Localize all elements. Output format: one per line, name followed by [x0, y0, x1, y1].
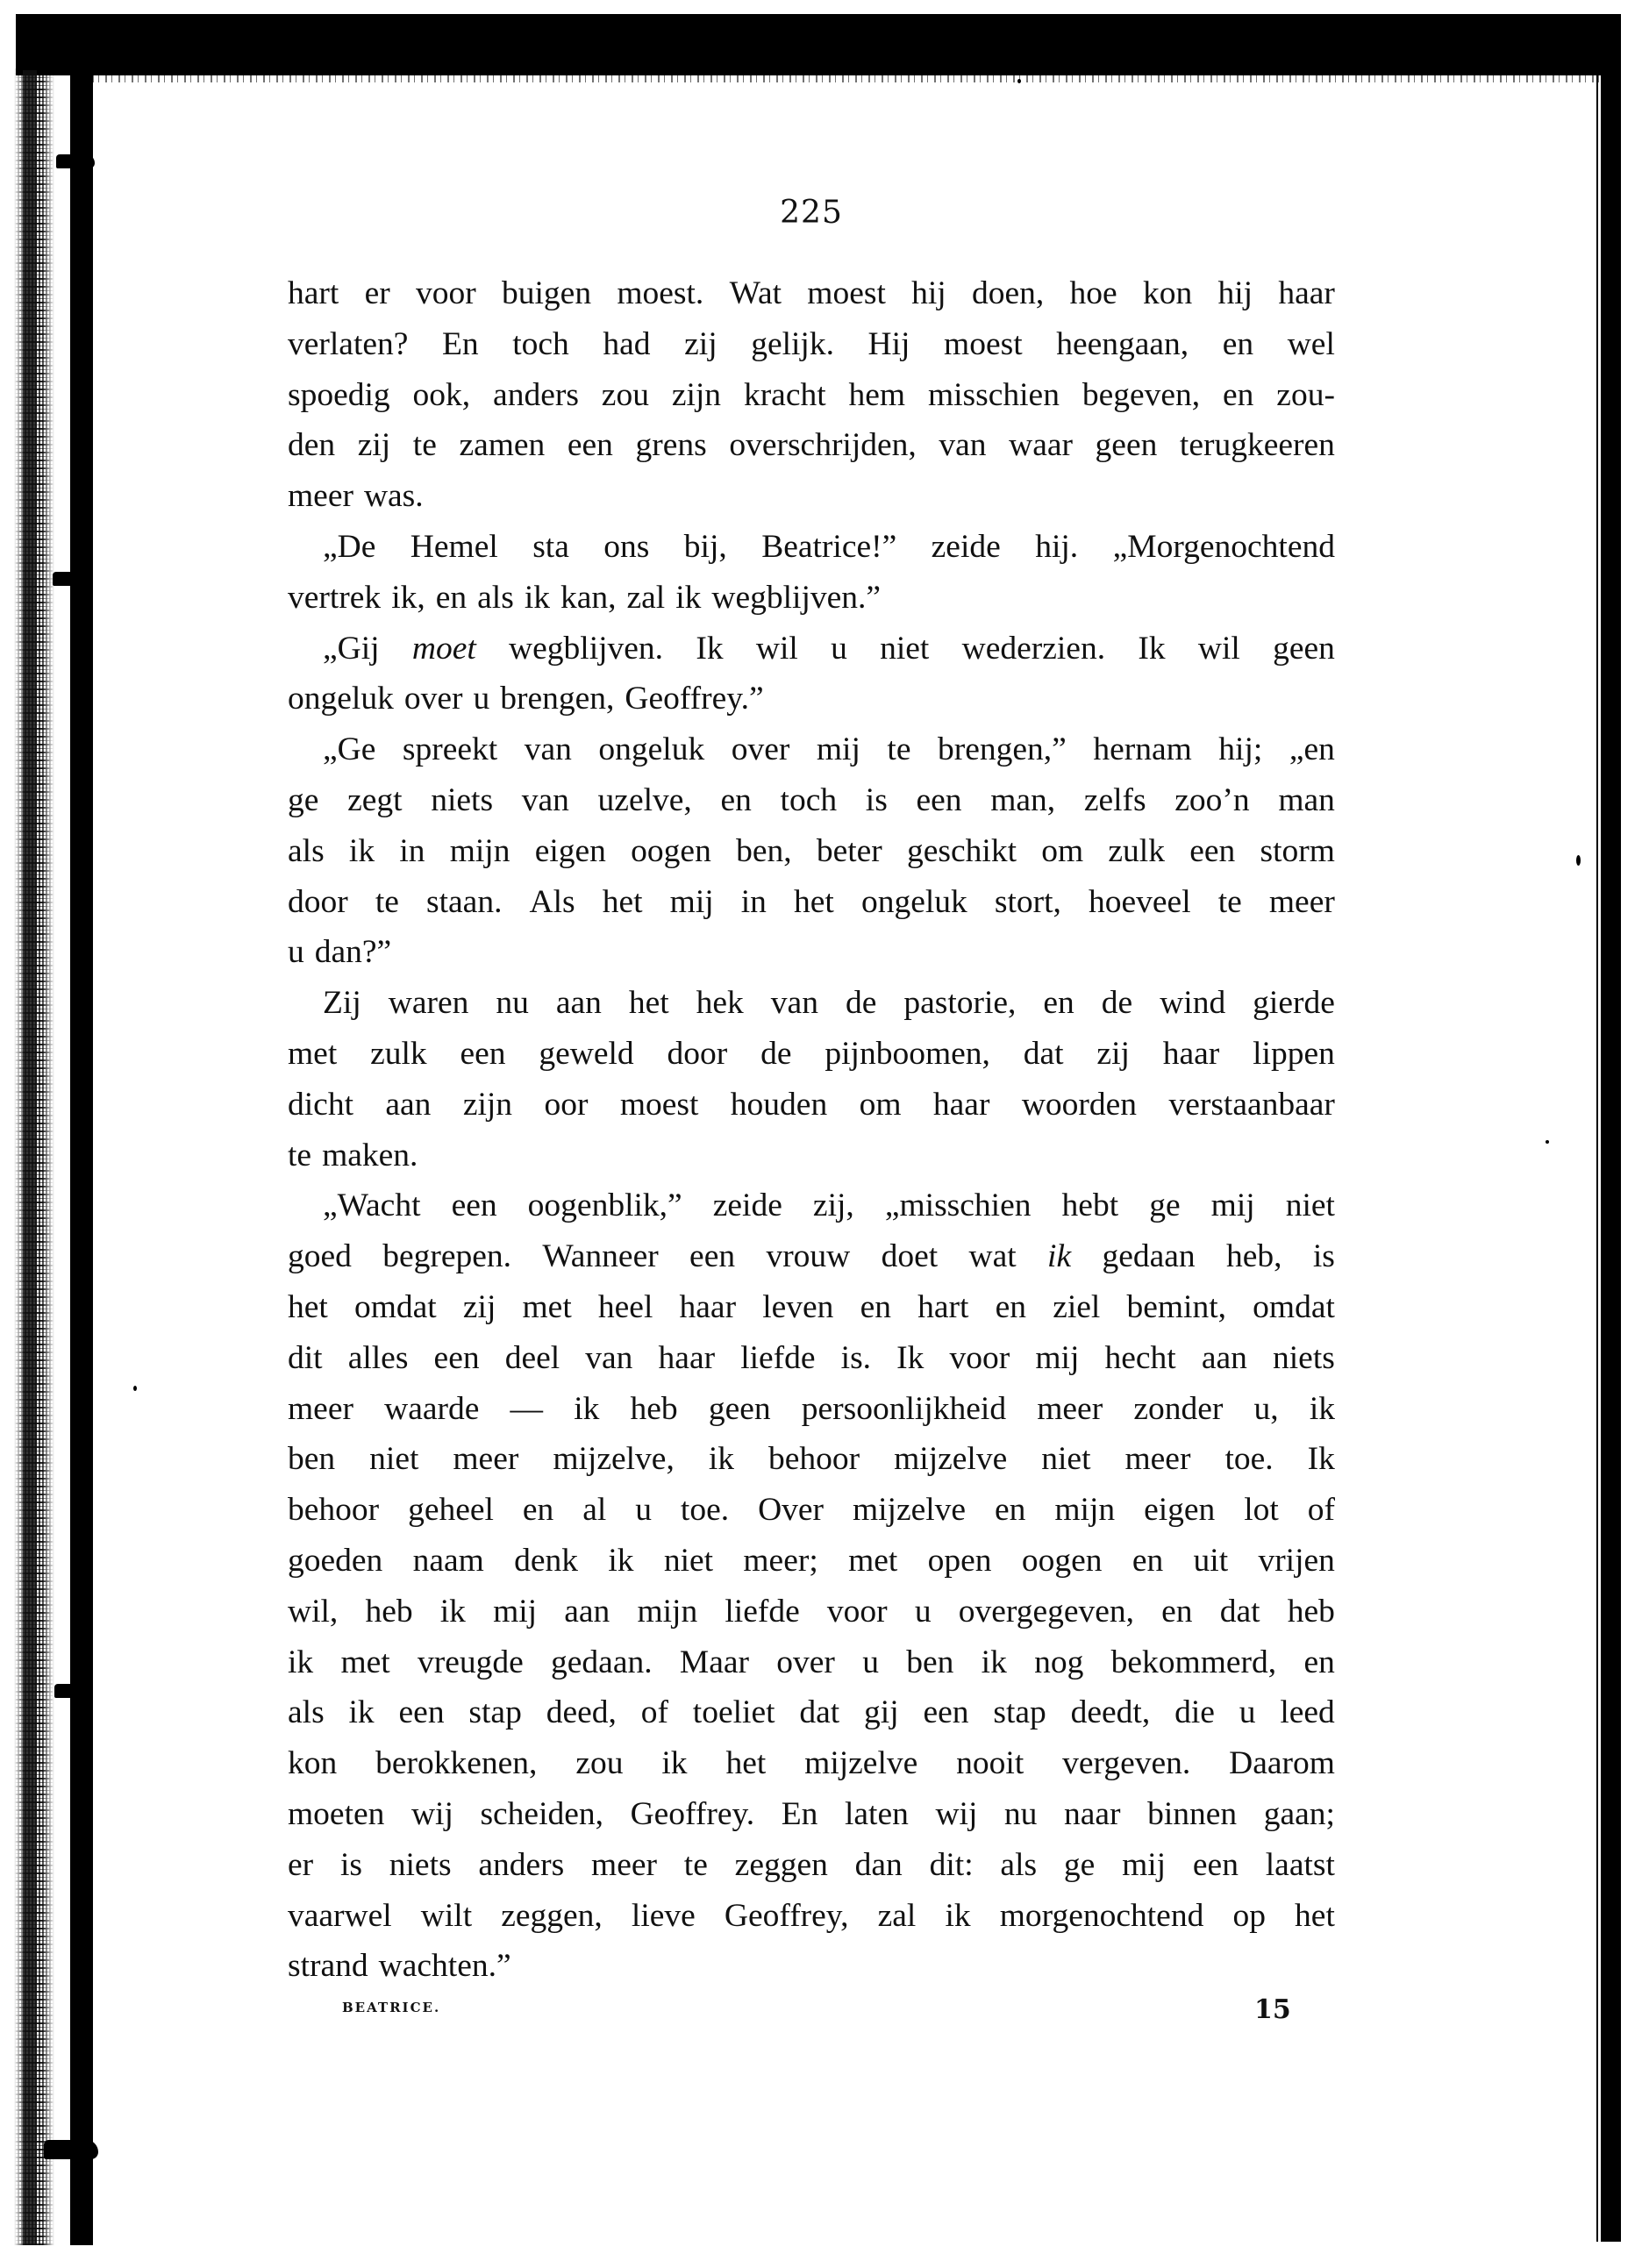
- word: is.: [841, 1333, 871, 1384]
- word: een: [1189, 826, 1235, 877]
- text-line: behoorgeheelenalutoe.Overmijzelveenmijne…: [288, 1485, 1335, 1536]
- word: lippen: [1253, 1029, 1335, 1080]
- text-line: wil,hebikmijaanmijnliefdevooruovergegeve…: [288, 1587, 1335, 1637]
- word: voor: [416, 268, 476, 319]
- word: zelfs: [1084, 775, 1146, 826]
- word: ik: [608, 1536, 633, 1587]
- word: met: [523, 1282, 572, 1333]
- word: dit:: [930, 1840, 974, 1891]
- word: toch: [512, 319, 569, 370]
- word: van: [771, 978, 818, 1029]
- word: „Ge: [323, 724, 375, 775]
- word: hij: [1217, 268, 1253, 319]
- word: er: [288, 1840, 313, 1891]
- text-line: gezegtnietsvanuzelve,entochiseenman,zelf…: [288, 775, 1335, 826]
- word: mijzelve,: [553, 1434, 674, 1485]
- word: zoo’n: [1174, 775, 1249, 826]
- word: en: [1303, 1637, 1334, 1688]
- word: persoonlijkheid: [802, 1384, 1006, 1435]
- signature-mark: BEATRICE.: [342, 2000, 440, 2015]
- word: die: [1174, 1687, 1215, 1738]
- word: en: [1161, 1587, 1192, 1637]
- word: behoor: [768, 1434, 860, 1485]
- word: Ik: [1138, 624, 1165, 674]
- word: zij,: [813, 1180, 854, 1231]
- word: toe.: [1224, 1434, 1273, 1485]
- word: als: [477, 573, 514, 624]
- word: Hij: [868, 319, 910, 370]
- word: „Gij: [323, 624, 380, 674]
- word: wil: [756, 624, 798, 674]
- word: sta: [532, 522, 569, 573]
- word: morgenochtend: [1000, 1891, 1204, 1942]
- word: doet: [882, 1231, 939, 1282]
- word: niets: [1273, 1333, 1335, 1384]
- scan-speck: [1546, 1140, 1549, 1144]
- word: anders: [493, 370, 579, 421]
- word: overgegeven,: [959, 1587, 1134, 1637]
- word: hij.: [1035, 522, 1078, 573]
- word: niet: [369, 1434, 418, 1485]
- text-line: hetomdatzijmetheelhaarlevenenhartenzielb…: [288, 1282, 1335, 1333]
- word: gelijk.: [751, 319, 834, 370]
- word: meer: [1124, 1434, 1190, 1485]
- word: wil: [1198, 624, 1240, 674]
- word: deed,: [546, 1687, 617, 1738]
- text-line: ongelukoverubrengen,Geoffrey.”: [288, 674, 1335, 724]
- word: kon: [1143, 268, 1192, 319]
- word: u: [473, 674, 489, 724]
- word: zulk: [370, 1029, 427, 1080]
- word: waar: [1009, 420, 1073, 471]
- word: wilt: [421, 1891, 472, 1942]
- word: mijn: [450, 826, 510, 877]
- word: het: [629, 978, 669, 1029]
- word: meer: [288, 471, 353, 522]
- word: stort,: [995, 877, 1061, 928]
- word: om: [860, 1080, 902, 1130]
- word: woorden: [1022, 1080, 1137, 1130]
- word: zal: [878, 1891, 917, 1942]
- word: misschien: [928, 370, 1060, 421]
- word: wil,: [288, 1587, 338, 1637]
- word: dan?”: [315, 927, 391, 978]
- word: niet: [880, 624, 929, 674]
- word: houden: [731, 1080, 827, 1130]
- word: van: [585, 1333, 632, 1384]
- word: heb: [1288, 1587, 1335, 1637]
- word: hij;: [1218, 724, 1262, 775]
- word: van: [522, 775, 569, 826]
- text-line: alsikeenstapdeed,oftoelietdatgijeenstapd…: [288, 1687, 1335, 1738]
- word: Geoffrey.: [631, 1789, 755, 1840]
- word: een: [568, 420, 613, 471]
- word: een: [452, 1180, 497, 1231]
- word: ge: [1149, 1180, 1180, 1231]
- word: ik: [349, 1687, 375, 1738]
- word: staan.: [426, 877, 502, 928]
- word: het: [288, 1282, 328, 1333]
- text-line: alsikinmijneigenoogenben,betergeschiktom…: [288, 826, 1335, 877]
- word: geen: [1096, 420, 1158, 471]
- text-line: verlaten?Entochhadzijgelijk.Hijmoestheen…: [288, 319, 1335, 370]
- text-line: meerwaarde—ikhebgeenpersoonlijkheidmeerz…: [288, 1384, 1335, 1435]
- word: mijn: [637, 1587, 697, 1637]
- scan-binding-bar: [70, 68, 93, 2245]
- word: heb: [631, 1384, 678, 1435]
- word: ons: [603, 522, 649, 573]
- word: is: [866, 775, 888, 826]
- word: dat: [1220, 1587, 1260, 1637]
- word: Ik: [696, 624, 723, 674]
- text-line: doortestaan.Alshetmijinhetongelukstort,h…: [288, 877, 1335, 928]
- emphasis-word: ik: [1047, 1231, 1071, 1282]
- word: ik: [440, 1587, 466, 1637]
- word: moest.: [617, 268, 703, 319]
- word: voor: [827, 1587, 888, 1637]
- text-line: „Gespreektvanongelukovermijtebrengen,”he…: [288, 724, 1335, 775]
- word: als: [288, 1687, 325, 1738]
- word: ben,: [736, 826, 792, 877]
- word: kracht: [744, 370, 826, 421]
- word: bemint,: [1126, 1282, 1226, 1333]
- word: ongeluk: [288, 674, 394, 724]
- word: zonder: [1133, 1384, 1223, 1435]
- word: meer: [288, 1384, 353, 1435]
- scan-top-border: [16, 14, 1621, 75]
- word: aan: [556, 978, 602, 1029]
- scan-speck: [133, 1386, 137, 1391]
- word: een: [916, 775, 961, 826]
- word: ik: [1310, 1384, 1335, 1435]
- word: voor: [950, 1333, 1010, 1384]
- word: zeide: [713, 1180, 782, 1231]
- binding-clip-mark: [44, 2140, 98, 2159]
- word: brengen,”: [938, 724, 1067, 775]
- word: ben: [288, 1434, 335, 1485]
- word: ik: [525, 573, 550, 624]
- word: hecht: [1105, 1333, 1176, 1384]
- text-line: erisnietsandersmeertezeggendandit:alsgem…: [288, 1840, 1335, 1891]
- word: maken.: [322, 1130, 418, 1181]
- word: stap: [468, 1687, 521, 1738]
- word: geschikt: [907, 826, 1017, 877]
- word: lieve: [632, 1891, 696, 1942]
- text-line: denzijtezameneengrensoverschrijden,vanwa…: [288, 420, 1335, 471]
- word: bij,: [684, 522, 727, 573]
- word: haar: [1278, 268, 1335, 319]
- word: —: [510, 1384, 544, 1435]
- word: binnen: [1147, 1789, 1237, 1840]
- word: „Wacht: [323, 1180, 421, 1231]
- word: moest: [620, 1080, 699, 1130]
- word: „De: [323, 522, 375, 573]
- word: ik: [288, 1637, 313, 1688]
- word: vaarwel: [288, 1891, 392, 1942]
- word: ge: [1064, 1840, 1095, 1891]
- word: naar: [1064, 1789, 1121, 1840]
- word: leed: [1280, 1687, 1334, 1738]
- word: meer: [1269, 877, 1335, 928]
- word: vrouw: [766, 1231, 850, 1282]
- word: storm: [1260, 826, 1334, 877]
- word: zou: [575, 1738, 623, 1789]
- word: en: [720, 775, 751, 826]
- word: te: [288, 1130, 311, 1181]
- word: wat: [969, 1231, 1017, 1282]
- word: nog: [1034, 1637, 1083, 1688]
- word: zal: [627, 573, 666, 624]
- word: ik: [982, 1637, 1007, 1688]
- word: de: [760, 1029, 791, 1080]
- text-line: strandwachten.”: [288, 1941, 1335, 1992]
- word: zij: [358, 420, 390, 471]
- word: of: [641, 1687, 668, 1738]
- word: pastorie,: [903, 978, 1016, 1029]
- scan-right-border: [1601, 14, 1621, 2242]
- binding-clip-mark: [53, 572, 91, 586]
- word: lot: [1244, 1485, 1279, 1536]
- word: man: [1278, 775, 1335, 826]
- word: hem: [849, 370, 906, 421]
- word: Daarom: [1229, 1738, 1335, 1789]
- word: zou-: [1276, 370, 1335, 421]
- word: als: [288, 826, 325, 877]
- paragraph: Zijwarennuaanhethekvandepastorie,endewin…: [288, 978, 1335, 1180]
- word: heb: [365, 1587, 412, 1637]
- word: grens: [636, 420, 707, 471]
- word: haar: [659, 1333, 716, 1384]
- word: haar: [933, 1080, 990, 1130]
- word: oogenblik,”: [528, 1180, 682, 1231]
- word: laten: [845, 1789, 909, 1840]
- word: oor: [544, 1080, 588, 1130]
- word: wederzien.: [962, 624, 1105, 674]
- word: en: [1132, 1536, 1163, 1587]
- word: en: [996, 1282, 1026, 1333]
- word: mij: [1211, 1180, 1255, 1231]
- word: oogen: [631, 826, 711, 877]
- word: vertrek: [288, 573, 381, 624]
- word: als: [1000, 1840, 1037, 1891]
- word: heel: [598, 1282, 653, 1333]
- word: Ik: [896, 1333, 924, 1384]
- word: nooit: [956, 1738, 1024, 1789]
- word: ook,: [413, 370, 471, 421]
- word: spoedig: [288, 370, 390, 421]
- text-line: temaken.: [288, 1130, 1335, 1181]
- word: u: [1239, 1687, 1256, 1738]
- text-line: vaarwelwiltzeggen,lieveGeoffrey,zalikmor…: [288, 1891, 1335, 1942]
- text-line: hartervoorbuigenmoest.Watmoesthijdoen,ho…: [288, 268, 1335, 319]
- word: mij: [493, 1587, 537, 1637]
- word: behoor: [288, 1485, 379, 1536]
- word: hij: [911, 268, 946, 319]
- word: mijn: [1054, 1485, 1115, 1536]
- word: op: [1232, 1891, 1266, 1942]
- word: geweld: [539, 1029, 633, 1080]
- word: niets: [431, 775, 493, 826]
- scan-speck: [1576, 855, 1581, 866]
- word: berokkenen,: [375, 1738, 537, 1789]
- word: ge: [288, 775, 318, 826]
- word: Over: [758, 1485, 824, 1536]
- word: mij: [670, 877, 714, 928]
- paragraph: „Gijmoetwegblijven.Ikwilunietwederzien.I…: [288, 624, 1335, 725]
- word: Wanneer: [542, 1231, 658, 1282]
- word: u: [288, 927, 304, 978]
- word: zij: [1096, 1029, 1129, 1080]
- word: mijzelve: [853, 1485, 966, 1536]
- text-line: meerwas.: [288, 471, 1335, 522]
- text-line: „Gijmoetwegblijven.Ikwilunietwederzien.I…: [288, 624, 1335, 674]
- word: zij: [463, 1282, 496, 1333]
- word: hoeveel: [1089, 877, 1191, 928]
- word: door: [668, 1029, 728, 1080]
- paragraph: hartervoorbuigenmoest.Watmoesthijdoen,ho…: [288, 268, 1335, 522]
- word: hebt: [1062, 1180, 1119, 1231]
- word: naam: [413, 1536, 484, 1587]
- text-line: goedbegrepen.Wanneereenvrouwdoetwatikged…: [288, 1231, 1335, 1282]
- word: zou: [602, 370, 649, 421]
- word: dat: [1024, 1029, 1064, 1080]
- scan-speck: [1017, 79, 1021, 83]
- word: bekommerd,: [1111, 1637, 1277, 1688]
- word: denk: [514, 1536, 578, 1587]
- word: stap: [993, 1687, 1046, 1738]
- word: u: [915, 1587, 932, 1637]
- text-line: bennietmeermijzelve,ikbehoormijzelveniet…: [288, 1434, 1335, 1485]
- word: Maar: [680, 1637, 749, 1688]
- word: eigen: [535, 826, 606, 877]
- word: ik: [661, 1738, 687, 1789]
- word: mijzelve: [894, 1434, 1007, 1485]
- scan-binding-core: [23, 70, 37, 2245]
- word: wegblijven.”: [711, 573, 881, 624]
- word: te: [1218, 877, 1242, 928]
- word: zulk: [1108, 826, 1165, 877]
- word: een: [689, 1231, 735, 1282]
- text-line: Zijwarennuaanhethekvandepastorie,endewin…: [288, 978, 1335, 1029]
- word: meer: [1037, 1384, 1103, 1435]
- word: u: [635, 1485, 652, 1536]
- word: wegblijven.: [509, 624, 663, 674]
- word: ik: [945, 1891, 970, 1942]
- word: is: [1313, 1231, 1335, 1282]
- word: hart: [917, 1282, 968, 1333]
- word: waren: [389, 978, 469, 1029]
- word: toeliet: [693, 1687, 775, 1738]
- word: nu: [1004, 1789, 1038, 1840]
- paragraph: „DeHemelstaonsbij,Beatrice!”zeidehij.„Mo…: [288, 522, 1335, 624]
- word: is: [340, 1840, 362, 1891]
- word: aan: [1202, 1333, 1247, 1384]
- word: „en: [1289, 724, 1335, 775]
- word: omdat: [354, 1282, 437, 1333]
- word: en: [1223, 370, 1253, 421]
- word: en: [995, 1485, 1025, 1536]
- word: nu: [496, 978, 529, 1029]
- word: wel: [1288, 319, 1335, 370]
- word: Geoffrey.”: [625, 674, 763, 724]
- word: hart: [288, 268, 339, 319]
- scan-top-fray: [92, 74, 1601, 82]
- word: oogen: [1022, 1536, 1103, 1587]
- word: zijn: [463, 1080, 512, 1130]
- word: deel: [505, 1333, 560, 1384]
- word: dan: [855, 1840, 903, 1891]
- word: te: [887, 724, 910, 775]
- word: En: [442, 319, 479, 370]
- word: waarde: [384, 1384, 479, 1435]
- word: het: [603, 877, 643, 928]
- word: in: [741, 877, 767, 928]
- word: vreugde: [418, 1637, 524, 1688]
- word: ongeluk: [861, 877, 967, 928]
- word: niet: [1041, 1434, 1090, 1485]
- word: „misschien: [885, 1180, 1032, 1231]
- word: het: [725, 1738, 766, 1789]
- text-line: „Wachteenoogenblik,”zeidezij,„misschienh…: [288, 1180, 1335, 1231]
- word: dat: [799, 1687, 839, 1738]
- word: meer: [453, 1434, 518, 1485]
- text-line: ikmetvreugdegedaan.Maaroverubeniknogbeko…: [288, 1637, 1335, 1688]
- word: om: [1041, 826, 1083, 877]
- word: Geoffrey,: [725, 1891, 849, 1942]
- word: spreekt: [403, 724, 497, 775]
- word: „Morgenochtend: [1113, 522, 1335, 573]
- word: meer;: [743, 1536, 817, 1587]
- word: begrepen.: [382, 1231, 511, 1282]
- word: wind: [1160, 978, 1225, 1029]
- word: het: [1295, 1891, 1335, 1942]
- text-line: metzulkeengewelddoordepijnboomen,datzijh…: [288, 1029, 1335, 1080]
- word: u: [862, 1637, 879, 1688]
- word: moest: [807, 268, 886, 319]
- word: en: [1043, 978, 1074, 1029]
- word: zamen: [459, 420, 545, 471]
- word: pijnboomen,: [825, 1029, 990, 1080]
- word: wij: [935, 1789, 977, 1840]
- word: met: [340, 1637, 389, 1688]
- word: kan,: [560, 573, 617, 624]
- text-line: vertrekik,enalsikkan,zalikwegblijven.”: [288, 573, 1335, 624]
- word: over: [776, 1637, 835, 1688]
- word: verlaten?: [288, 319, 408, 370]
- paragraph: „Wachteenoogenblik,”zeidezij,„misschienh…: [288, 1180, 1335, 1992]
- word: een: [434, 1333, 480, 1384]
- word: te: [413, 420, 437, 471]
- word: ben: [906, 1637, 953, 1688]
- word: het: [794, 877, 834, 928]
- text-line: goedennaamdenkiknietmeer;metopenoogenenu…: [288, 1536, 1335, 1587]
- word: ik: [709, 1434, 734, 1485]
- word: Hemel: [410, 522, 498, 573]
- word: geen: [1273, 624, 1335, 674]
- word: toe.: [681, 1485, 729, 1536]
- word: verstaanbaar: [1168, 1080, 1334, 1130]
- word: man,: [990, 775, 1055, 826]
- word: laatst: [1266, 1840, 1335, 1891]
- word: vrijen: [1258, 1536, 1334, 1587]
- word: in: [399, 826, 425, 877]
- word: goeden: [288, 1536, 382, 1587]
- scanned-book-page: 225 hartervoorbuigenmoest.Watmoesthijdoe…: [0, 0, 1642, 2268]
- word: liefde: [740, 1333, 815, 1384]
- word: anders: [478, 1840, 564, 1891]
- word: een: [1193, 1840, 1239, 1891]
- word: haar: [680, 1282, 737, 1333]
